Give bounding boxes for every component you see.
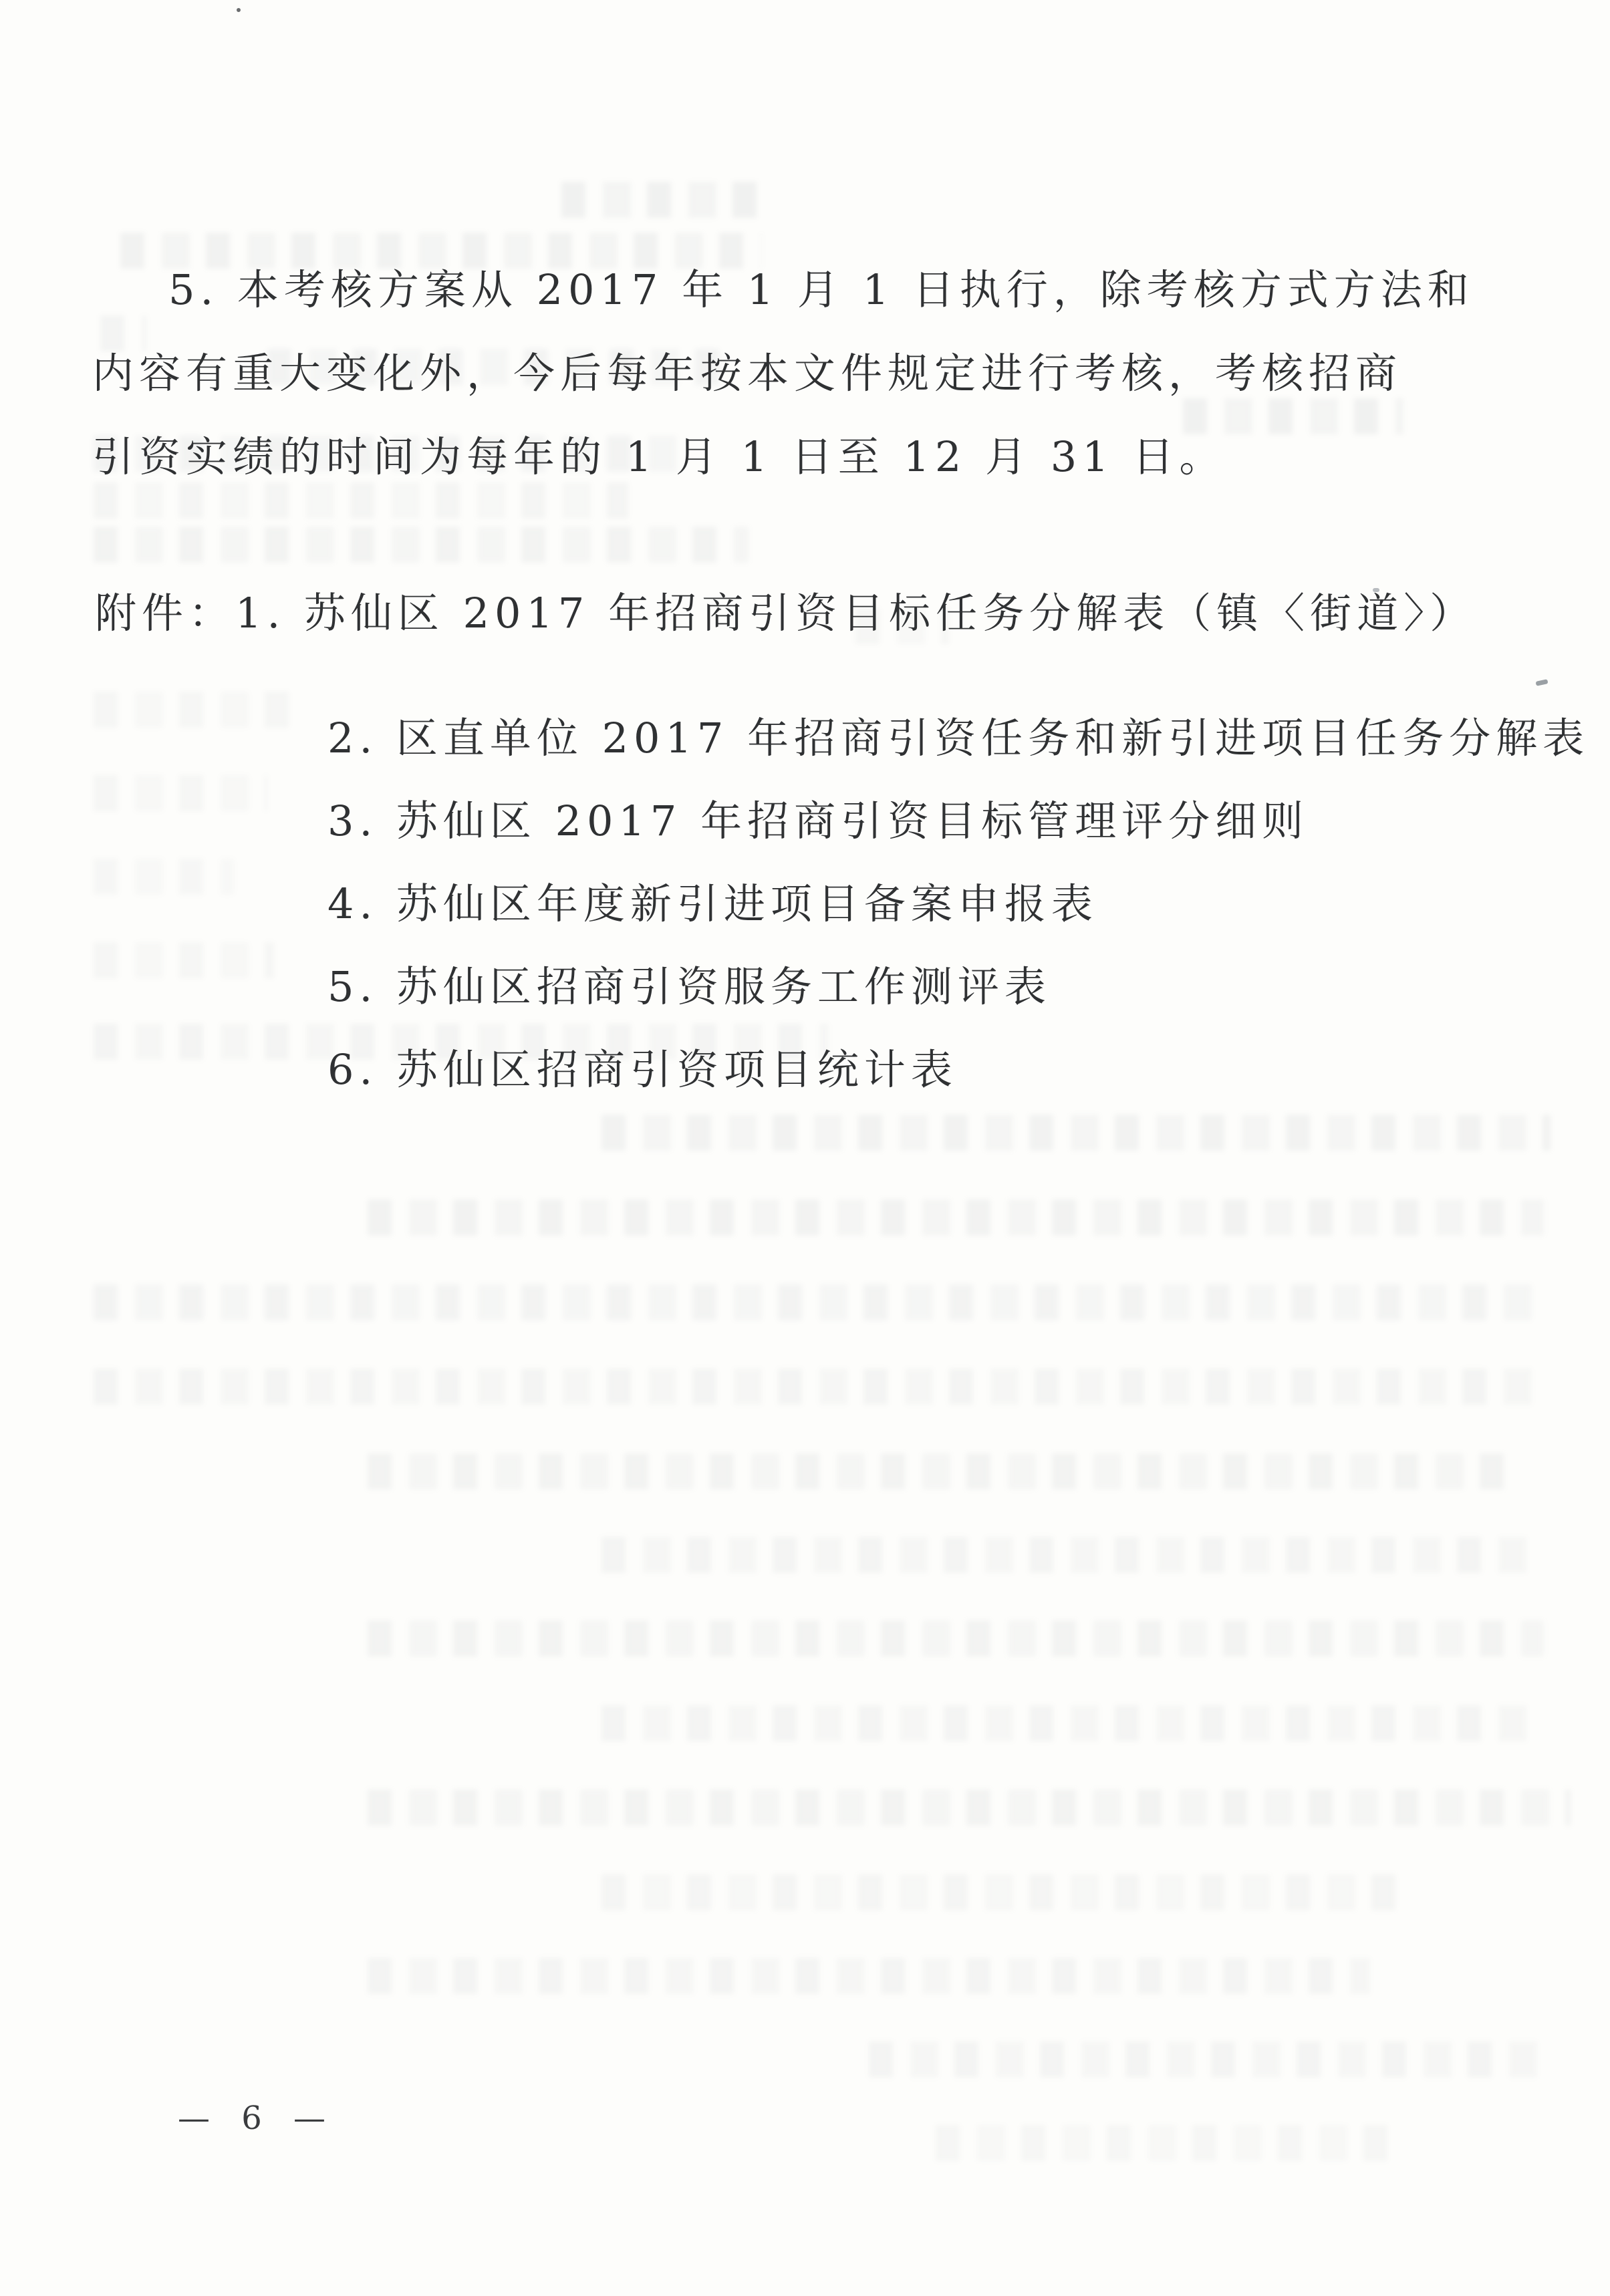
attachments-line-1: 附件：1. 苏仙区 2017 年招商引资目标任务分解表（镇〈街道〉）: [95, 580, 1476, 639]
bleed-through-row: [936, 2125, 1403, 2161]
bleed-through-row: [94, 1369, 1537, 1405]
bleed-through-row: [368, 1620, 1544, 1657]
bleed-through-row: [601, 1537, 1537, 1573]
bleed-through-row: [368, 1199, 1544, 1236]
bleed-through-row: [368, 1453, 1504, 1489]
bleed-through-row: [561, 182, 762, 218]
bleed-through-row: [94, 859, 234, 895]
bleed-through-row: [601, 1705, 1537, 1741]
bleed-through-row: [601, 1874, 1403, 1910]
bleed-through-row: [368, 1789, 1571, 1826]
attachment-item-5: 5. 苏仙区招商引资服务工作测评表: [327, 954, 1051, 1013]
attachment-item-4: 4. 苏仙区年度新引进项目备案申报表: [327, 871, 1098, 930]
bleed-through-row: [94, 775, 267, 811]
attachment-item-6: 6. 苏仙区招商引资项目统计表: [327, 1036, 958, 1096]
scanned-document-page: 5. 本考核方案从 2017 年 1 月 1 日执行，除考核方式方法和 内容有重…: [0, 0, 1610, 2296]
attachment-item-2: 2. 区直单位 2017 年招商引资任务和新引进项目任务分解表: [327, 705, 1589, 764]
attachments-label: 附件：: [95, 589, 235, 637]
bleed-through-row: [368, 1958, 1370, 1994]
paragraph-line-1: 5. 本考核方案从 2017 年 1 月 1 日执行，除考核方式方法和: [168, 257, 1474, 316]
bleed-through-row: [94, 942, 274, 978]
bleed-through-row: [94, 482, 628, 519]
attachment-item-1: 1. 苏仙区 2017 年招商引资目标任务分解表（镇〈街道〉）: [235, 589, 1476, 637]
bleed-through-row: [601, 1115, 1551, 1151]
page-number: — 6 —: [178, 2100, 336, 2137]
dust-speck: [237, 8, 241, 12]
bleed-through-row: [94, 1284, 1537, 1320]
attachment-item-3: 3. 苏仙区 2017 年招商引资目标管理评分细则: [327, 788, 1309, 847]
bleed-through-row: [94, 527, 749, 563]
paragraph-line-2: 内容有重大变化外，今后每年按本文件规定进行考核，考核招商: [92, 340, 1402, 400]
dust-speck: [1535, 679, 1548, 686]
bleed-through-row: [869, 2041, 1537, 2077]
paragraph-line-3: 引资实绩的时间为每年的 1 月 1 日至 12 月 31 日。: [92, 424, 1226, 483]
bleed-through-row: [94, 692, 294, 728]
